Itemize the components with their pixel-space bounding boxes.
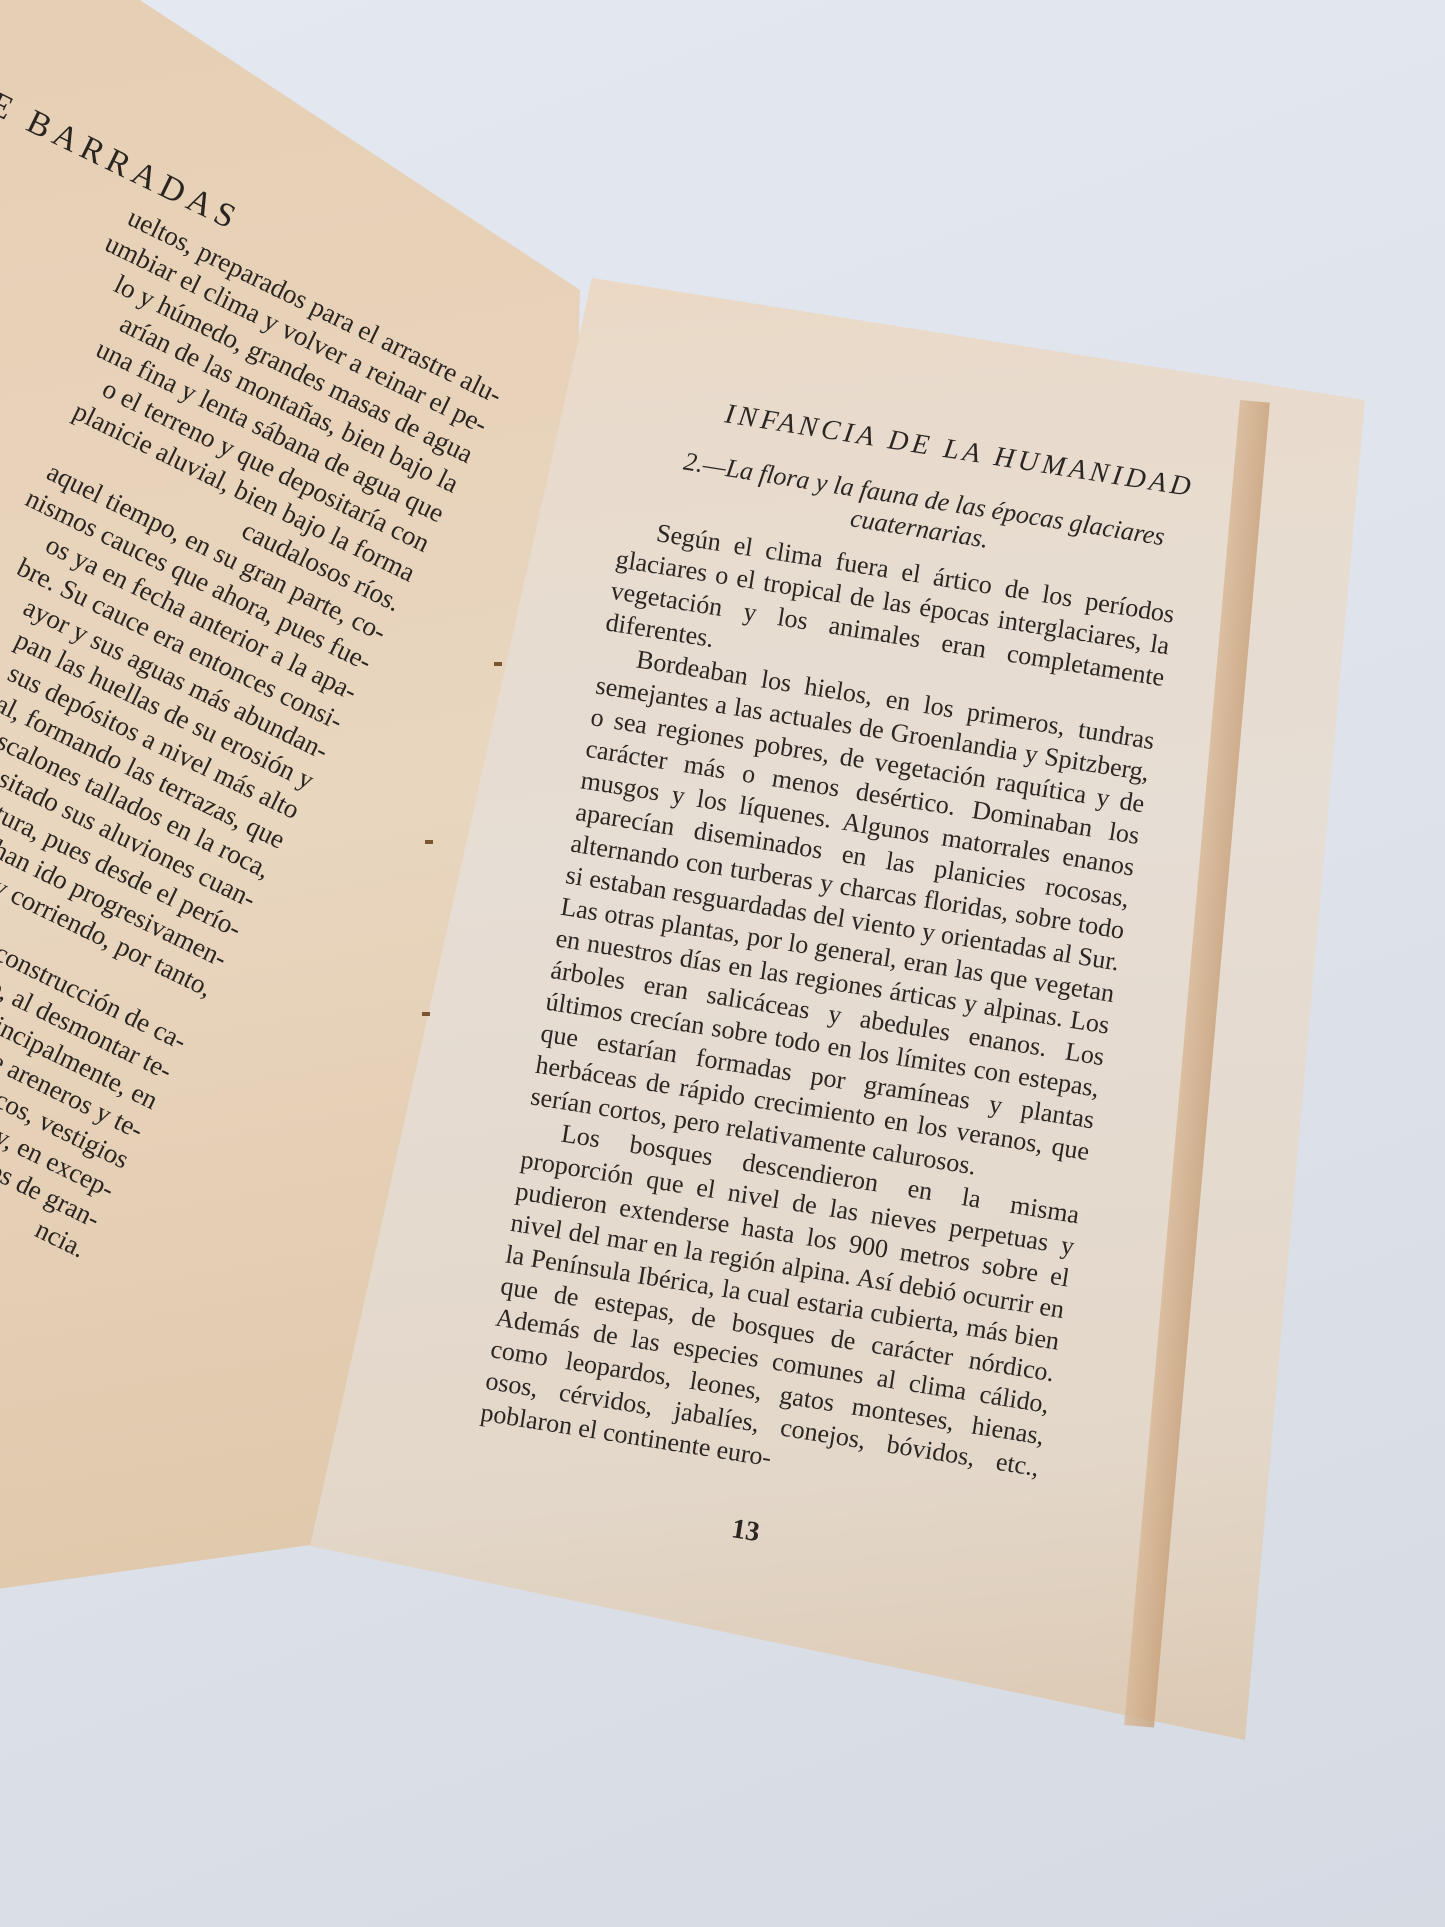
left-paragraph-1: ueltos, preparados para el arrastre alu-… (0, 110, 507, 1005)
binding-stitch (425, 840, 433, 844)
binding-stitch (494, 662, 502, 666)
binding-stitch (422, 1012, 430, 1016)
paragraph: Bordeaban los hielos, en los primeros, t… (528, 638, 1156, 1200)
